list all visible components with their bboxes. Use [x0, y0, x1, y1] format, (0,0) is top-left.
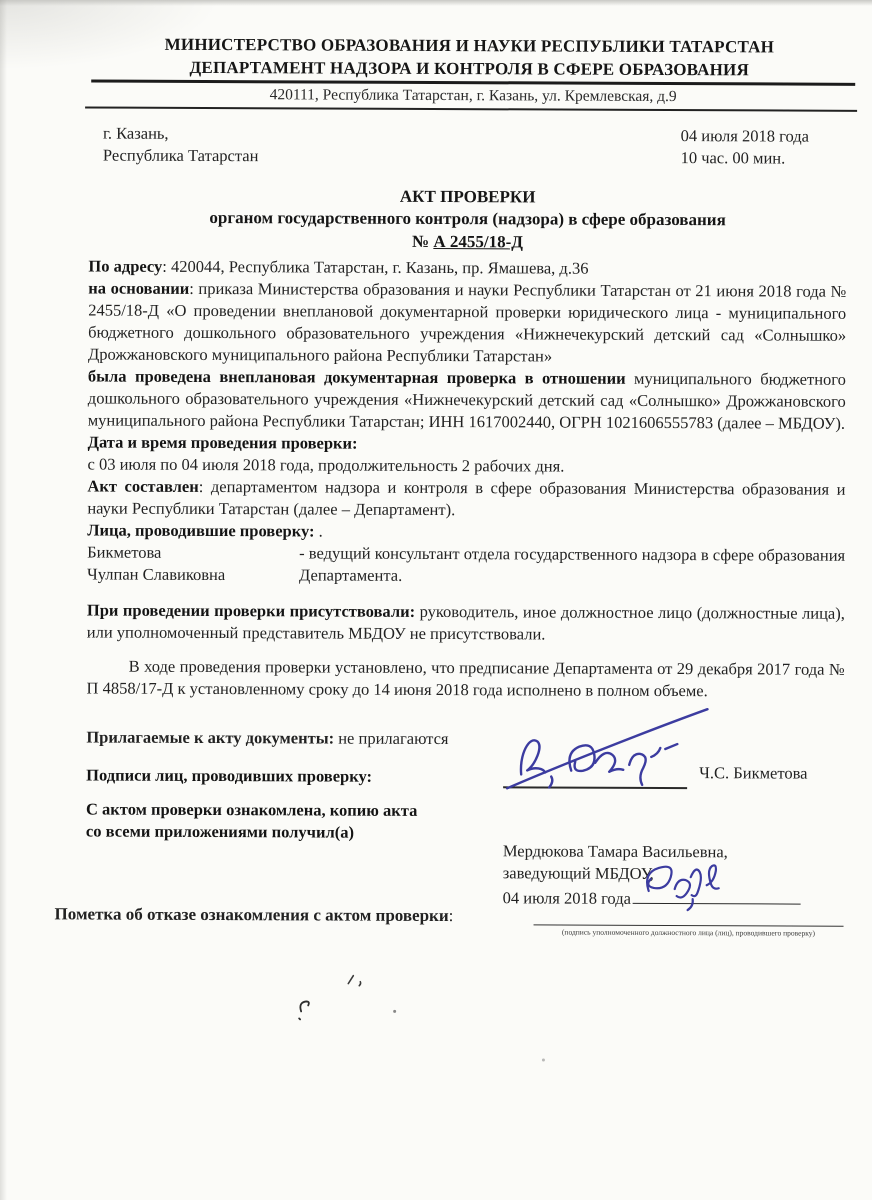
address-text: : 420044, Республика Татарстан, г. Казан… [162, 257, 588, 278]
ministry-name: МИНИСТЕРСТВО ОБРАЗОВАНИЯ И НАУКИ РЕСПУБЛ… [89, 32, 849, 58]
document-page: МИНИСТЕРСТВО ОБРАЗОВАНИЯ И НАУКИ РЕСПУБЛ… [0, 0, 872, 1200]
recipient-block: Мердюкова Тамара Васильевна, заведующий … [503, 840, 802, 910]
issued-block: г. Казань, Республика Татарстан 04 июля … [103, 123, 849, 170]
recipient-signature [637, 849, 749, 909]
letterhead: МИНИСТЕРСТВО ОБРАЗОВАНИЯ И НАУКИ РЕСПУБЛ… [89, 32, 849, 81]
act-title-block: АКТ ПРОВЕРКИ органом государственного ко… [88, 184, 846, 254]
recipient-date: 04 июля 2018 года [503, 888, 631, 908]
composed-text: : департаментом надзора и контроля в сфе… [87, 477, 845, 519]
issued-place: г. Казань, Республика Татарстан [103, 123, 259, 168]
composed-label: Акт составлен [87, 476, 198, 495]
ink-speck-slashes [345, 972, 365, 988]
attachments-label: Прилагаемые к акту документы: [86, 727, 334, 747]
act-number-label: № [412, 232, 433, 251]
attachments-text: не прилагаются [334, 729, 448, 748]
ink-speck-dot-faint [542, 1058, 545, 1061]
basis-text: : приказа Министерства образования и нау… [88, 279, 846, 366]
act-subtitle: органом государственного контроля (надзо… [89, 206, 847, 231]
recipient-signature-line [633, 885, 801, 905]
inspectors-after: . [315, 521, 323, 540]
letterhead-divider-thin [85, 106, 857, 111]
act-number-line: № А 2455/18-Д [88, 229, 846, 254]
inspector-row: Бикметова Чулпан Славиковна - ведущий ко… [87, 541, 845, 588]
issued-place-region: Республика Татарстан [103, 145, 259, 168]
signatures-label: Подписи лиц, проводивших проверку: [86, 764, 372, 787]
attachments-line: Прилагаемые к акту документы: не прилага… [86, 726, 448, 750]
signature-caption: (подпись уполномоченного должностного ли… [533, 927, 843, 937]
issued-time: 10 час. 00 мин. [681, 147, 809, 170]
ink-speck-dot [393, 1010, 396, 1013]
refusal-label: Пометка об отказе ознакомления с актом п… [55, 904, 449, 925]
paragraph-conducted: была проведена внеплановая документарная… [88, 365, 846, 434]
recipient-date-line: 04 июля 2018 года [503, 884, 801, 910]
present-label: При проведении проверки присутствовали: [87, 600, 415, 620]
datetime-label: Дата и время проведения проверки: [88, 432, 358, 452]
inspector-signature-name: Ч.С. Бикметова [699, 763, 807, 783]
acquainted-line2: со всеми приложениями получил(а) [86, 820, 354, 843]
basis-label: на основании [88, 278, 189, 297]
inspector-surname: Бикметова [87, 541, 299, 564]
letterhead-address: 420111, Республика Татарстан, г. Казань,… [91, 85, 855, 106]
scan-content: МИНИСТЕРСТВО ОБРАЗОВАНИЯ И НАУКИ РЕСПУБЛ… [0, 0, 872, 1200]
act-body: По адресу: 420044, Республика Татарстан,… [87, 255, 847, 702]
inspector-signature-line [503, 710, 687, 789]
address-label: По адресу [88, 256, 162, 275]
inspector-position: - ведущий консультант отдела государстве… [299, 542, 845, 588]
issued-date: 04 июля 2018 года [681, 125, 809, 148]
issued-datetime: 04 июля 2018 года 10 час. 00 мин. [681, 125, 809, 170]
department-name: ДЕПАРТАМЕНТ НАДЗОРА И КОНТРОЛЯ В СФЕРЕ О… [89, 55, 849, 81]
act-number: А 2455/18-Д [433, 232, 523, 251]
paragraph-findings: В ходе проведения проверки установлено, … [87, 655, 845, 702]
ink-speck-curl [297, 999, 313, 1021]
inspectors-label: Лица, проводившие проверку: [87, 520, 314, 540]
signature-caption-block: (подпись уполномоченного должностного ли… [533, 924, 843, 937]
refusal-colon: : [449, 906, 454, 925]
paragraph-basis: на основании: приказа Министерства образ… [88, 277, 846, 368]
refusal-line: Пометка об отказе ознакомления с актом п… [55, 904, 454, 926]
inspector-name: Бикметова Чулпан Славиковна [87, 541, 299, 586]
paragraph-present: При проведении проверки присутствовали: … [87, 599, 845, 646]
conducted-label: была проведена внеплановая документарная… [88, 366, 626, 387]
acquainted-line1: С актом проверки ознакомлена, копию акта [86, 798, 417, 821]
paragraph-composed: Акт составлен: департаментом надзора и к… [87, 475, 845, 522]
inspector-given-names: Чулпан Славиковна [87, 563, 299, 586]
datetime-text: с 03 июля по 04 июля 2018 года, продолжи… [88, 454, 565, 475]
issued-place-city: г. Казань, [103, 123, 259, 146]
